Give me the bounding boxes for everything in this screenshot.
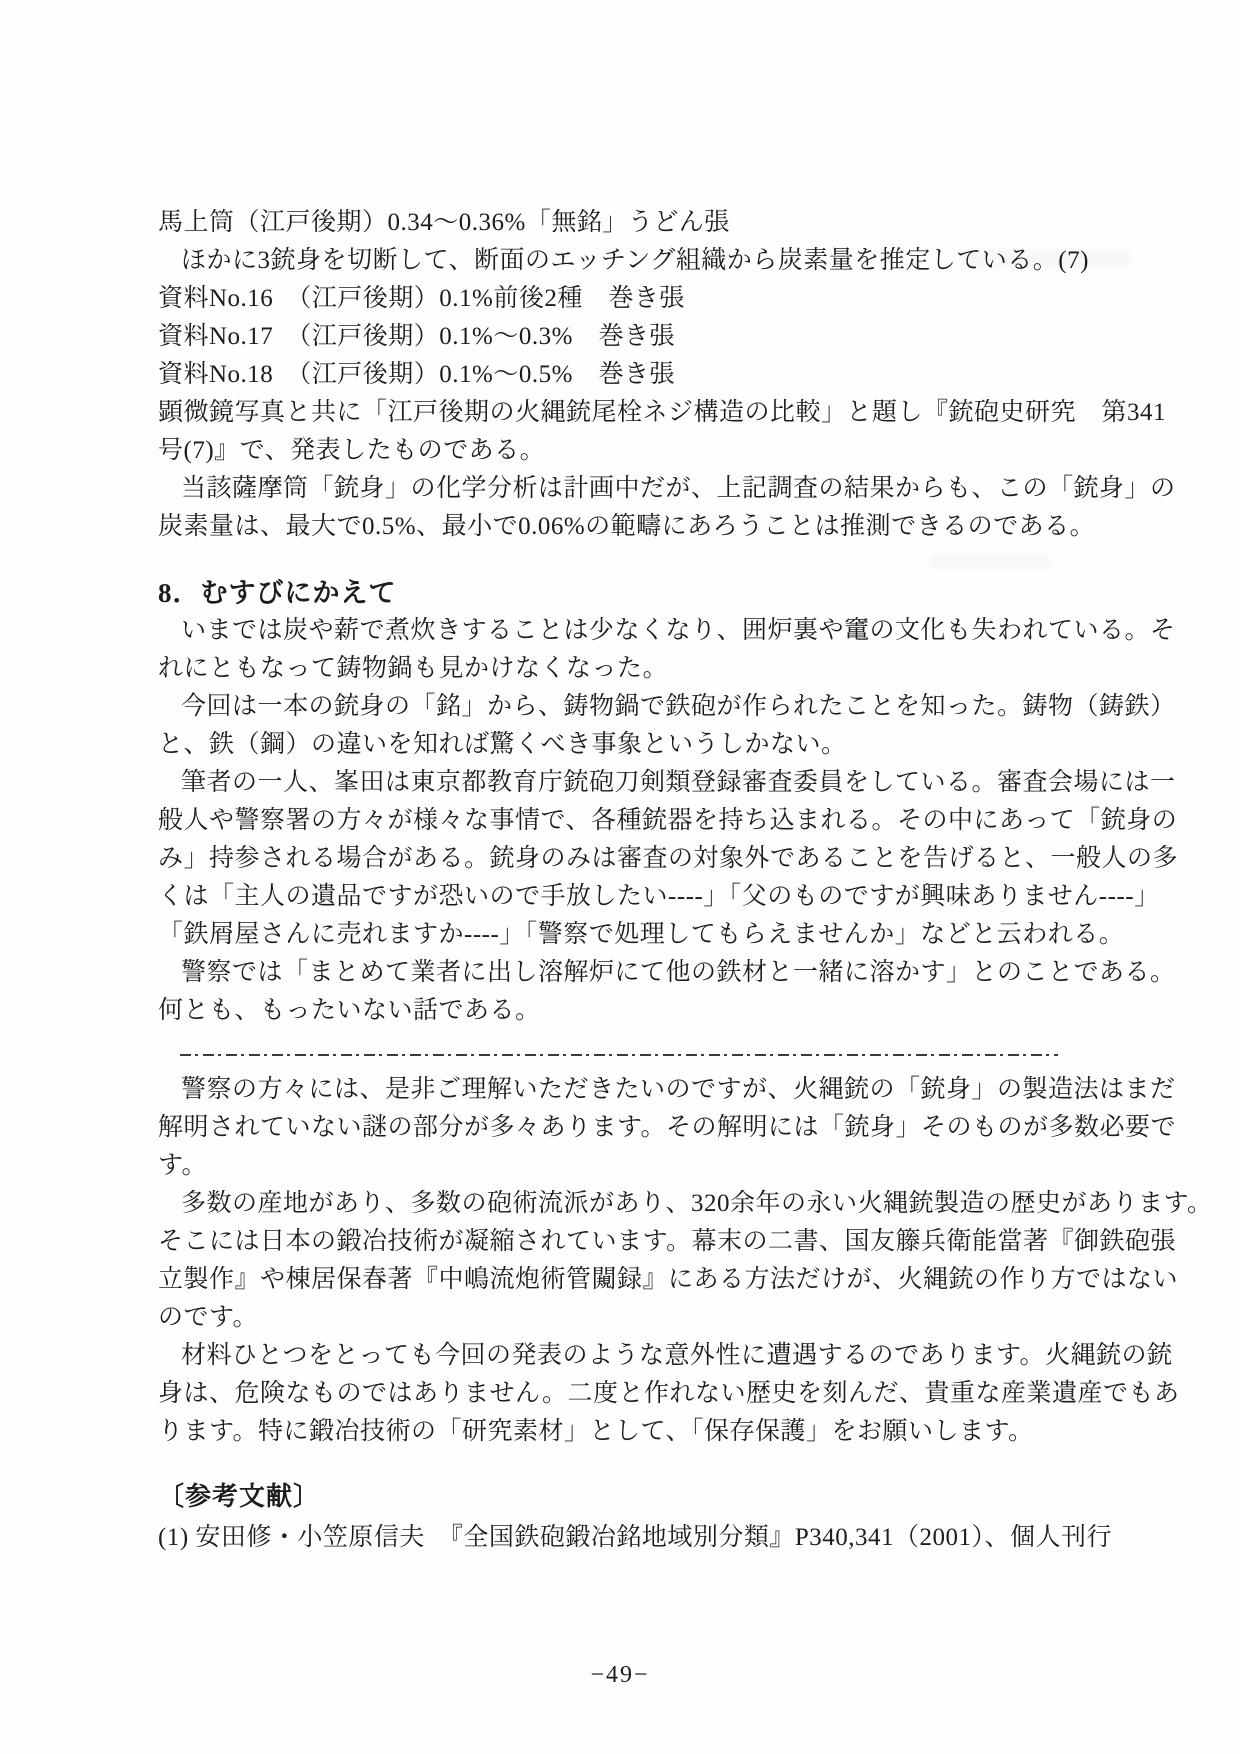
text-line: いまでは炭や薪で煮炊きすることは少なくなり、囲炉裏や竃の文化も失われている。そ: [158, 612, 1098, 650]
text-line: 解明されていない謎の部分が多々あります。その解明には「銃身」そのものが多数必要で: [158, 1109, 1098, 1147]
text-line: ほかに3銃身を切断して、断面のエッチング組織から炭素量を推定している。(7): [158, 242, 1098, 280]
text-line: 顕微鏡写真と共に「江戸後期の火縄銃尾栓ネジ構造の比較」と題し『銃砲史研究 第34…: [158, 394, 1098, 432]
text-line: 号(7)』で、発表したものである。: [158, 432, 1098, 470]
text-line: 炭素量は、最大で0.5%、最小で0.06%の範疇にあろうことは推測できるのである…: [158, 508, 1098, 546]
reference-entries: (1) 安田修・小笠原信夫 『全国鉄砲鍛冶銘地域別分類』P340,341（200…: [158, 1519, 1098, 1557]
section-8-heading: 8．むすびにかえて: [158, 574, 1098, 612]
text-line: 材料ひとつをとっても今回の発表のような意外性に遭遇するのであります。火縄銃の銃: [158, 1337, 1098, 1375]
text-line: 当該薩摩筒「銃身」の化学分析は計画中だが、上記調査の結果からも、この「銃身」の: [158, 470, 1098, 508]
conclusion-block: いまでは炭や薪で煮炊きすることは少なくなり、囲炉裏や竃の文化も失われている。それ…: [158, 612, 1098, 1030]
dash-dot-divider: [180, 1054, 1058, 1056]
text-line: 何とも、もったいない話である。: [158, 992, 1098, 1030]
text-line: す。: [158, 1147, 1098, 1185]
text-line: 資料No.18 （江戸後期）0.1%〜0.5% 巻き張: [158, 356, 1098, 394]
references-heading: 〔参考文献〕: [158, 1478, 1098, 1516]
text-line: 多数の産地があり、多数の砲術流派があり、320余年の永い火縄銃製造の歴史がありま…: [158, 1185, 1098, 1223]
text-line: 般人や警察署の方々が様々な事情で、各種銃器を持ち込まれる。その中にあって「銃身の: [158, 802, 1098, 840]
appeal-to-police-block: 警察の方々には、是非ご理解いただきたいのですが、火縄銃の「銃身」の製造法はまだ解…: [158, 1071, 1098, 1451]
text-line: ります。特に鍛冶技術の「研究素材」として、「保存保護」をお願いします。: [158, 1413, 1098, 1451]
text-line: 警察の方々には、是非ご理解いただきたいのですが、火縄銃の「銃身」の製造法はまだ: [158, 1071, 1098, 1109]
text-line: 筆者の一人、峯田は東京都教育庁銃砲刀剣類登録審査委員をしている。審査会場には一: [158, 764, 1098, 802]
text-line: のです。: [158, 1299, 1098, 1337]
text-line: 馬上筒（江戸後期）0.34〜0.36%「無銘」うどん張: [158, 204, 1098, 242]
text-line: み」持参される場合がある。銃身のみは審査の対象外であることを告げると、一般人の多: [158, 840, 1098, 878]
page-number: −49−: [0, 1662, 1240, 1689]
carbon-analysis-block: 馬上筒（江戸後期）0.34〜0.36%「無銘」うどん張ほかに3銃身を切断して、断…: [158, 204, 1098, 546]
text-line: れにともなって鋳物鍋も見かけなくなった。: [158, 650, 1098, 688]
text-line: 立製作』や棟居保春著『中嶋流炮術管闚録』にある方法だけが、火縄銃の作り方ではない: [158, 1261, 1098, 1299]
body-text: 馬上筒（江戸後期）0.34〜0.36%「無銘」うどん張ほかに3銃身を切断して、断…: [158, 204, 1098, 1557]
text-line: (1) 安田修・小笠原信夫 『全国鉄砲鍛冶銘地域別分類』P340,341（200…: [158, 1519, 1098, 1557]
text-line: 「鉄屑屋さんに売れますか----」「警察で処理してもらえませんか」などと云われる…: [158, 916, 1098, 954]
scanned-document-page: 馬上筒（江戸後期）0.34〜0.36%「無銘」うどん張ほかに3銃身を切断して、断…: [0, 0, 1240, 1754]
text-line: 警察では「まとめて業者に出し溶解炉にて他の鉄材と一緒に溶かす」とのことである。: [158, 954, 1098, 992]
text-line: そこには日本の鍛冶技術が凝縮されています。幕末の二書、国友籐兵衛能當著『御鉄砲張: [158, 1223, 1098, 1261]
text-line: 今回は一本の銃身の「銘」から、鋳物鍋で鉄砲が作られたことを知った。鋳物（鋳鉄）: [158, 688, 1098, 726]
text-line: と、鉄（鋼）の違いを知れば驚くべき事象というしかない。: [158, 726, 1098, 764]
text-line: くは「主人の遺品ですが恐いので手放したい----」「父のものですが興味ありません…: [158, 878, 1098, 916]
text-line: 資料No.16 （江戸後期）0.1%前後2種 巻き張: [158, 280, 1098, 318]
text-line: 資料No.17 （江戸後期）0.1%〜0.3% 巻き張: [158, 318, 1098, 356]
text-line: 身は、危険なものではありません。二度と作れない歴史を刻んだ、貴重な産業遺産でもあ: [158, 1375, 1098, 1413]
